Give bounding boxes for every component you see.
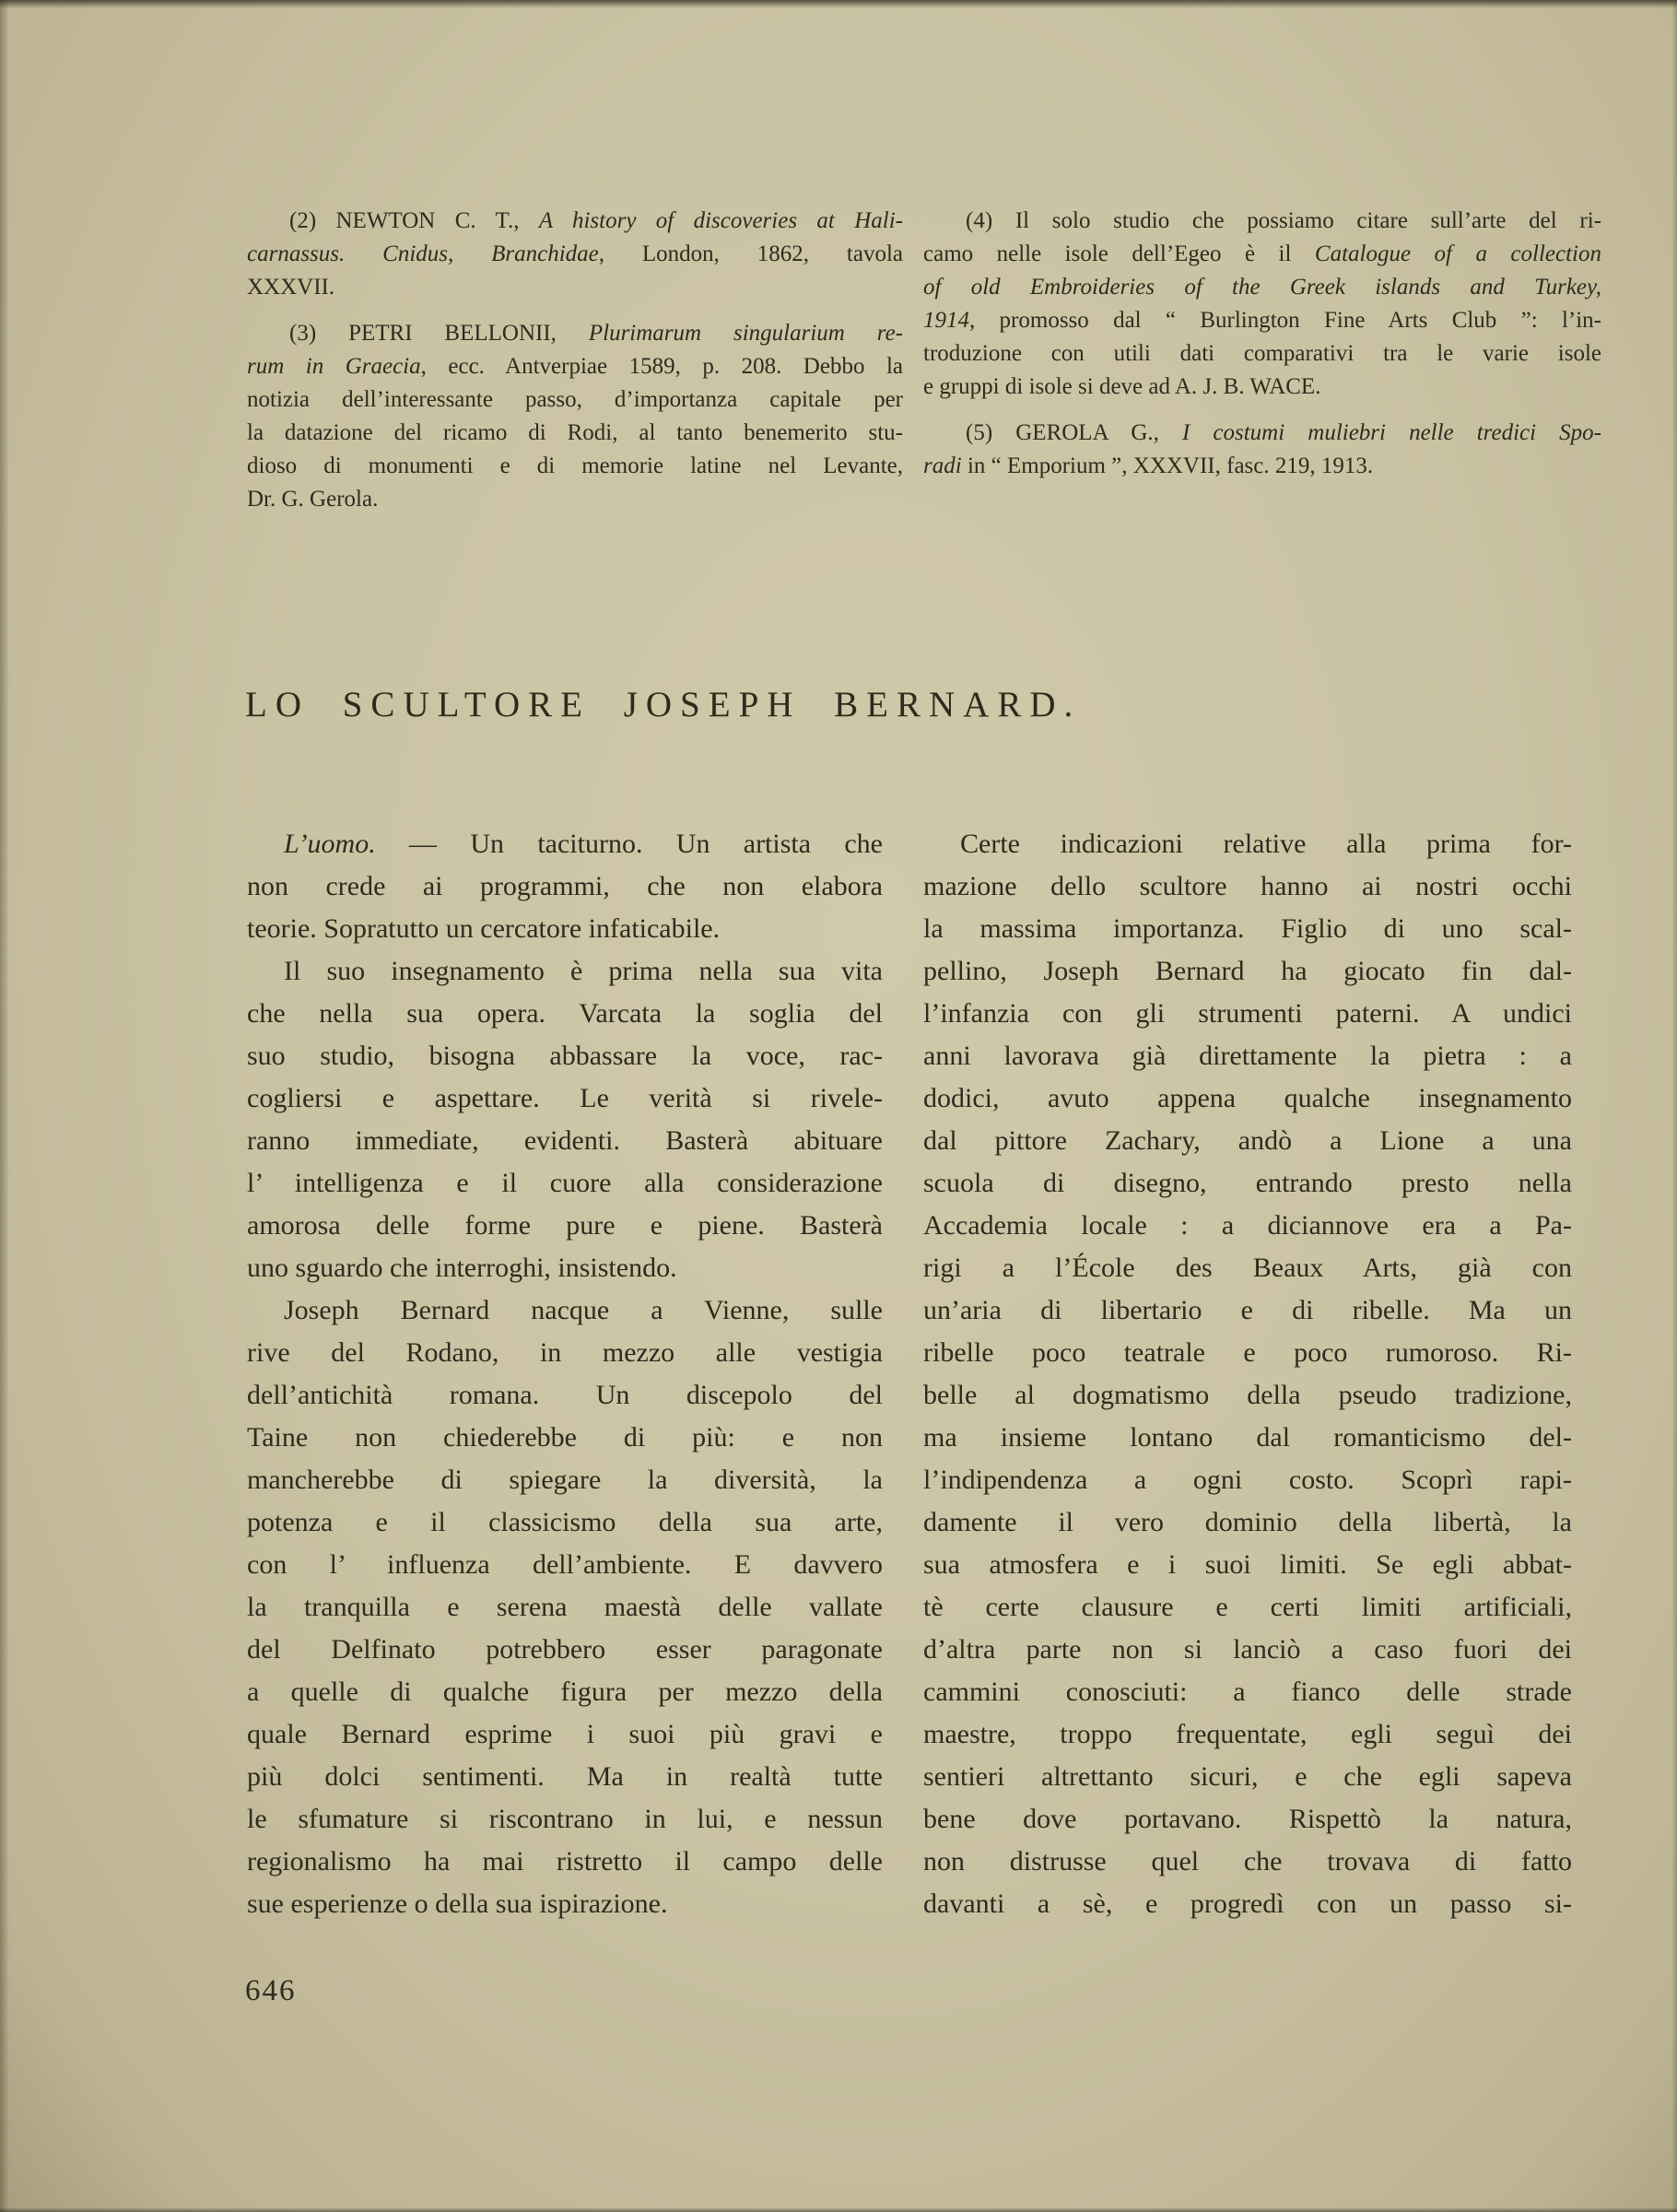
paragraph: (5) GEROLA G., I costumi muliebri nelle … (923, 417, 1601, 483)
footnotes-left-column: (2) NEWTON C. T., A history of discoveri… (247, 205, 903, 529)
text-line: of old Embroideries of the Greek islands… (923, 271, 1601, 304)
text-line: la tranquilla e serena maestà delle vall… (247, 1586, 883, 1629)
text-line: Dr. G. Gerola. (247, 483, 903, 516)
text-line: la datazione del ricamo di Rodi, al tant… (247, 417, 903, 450)
text-line: dodici, avuto appena qualche insegnament… (923, 1077, 1572, 1120)
scan-edge-shadow-right (1671, 0, 1677, 2212)
text-line: Accademia locale : a diciannove era a Pa… (923, 1205, 1572, 1247)
text-line: Taine non chiederebbe di più: e non (247, 1417, 883, 1459)
text-line: belle al dogmatismo della pseudo tradizi… (923, 1374, 1572, 1417)
text-line: Il suo insegnamento è prima nella sua vi… (247, 950, 883, 993)
text-line: davanti a sè, e progredì con un passo si… (923, 1883, 1572, 1925)
text-line: a quelle di qualche figura per mezzo del… (247, 1671, 883, 1713)
text-line: e gruppi di isole si deve ad A. J. B. WA… (923, 371, 1601, 404)
text-line: l’infanzia con gli strumenti paterni. A … (923, 993, 1572, 1035)
text-line: le sfumature si riscontrano in lui, e ne… (247, 1798, 883, 1841)
text-line: l’indipendenza a ogni costo. Scoprì rapi… (923, 1459, 1572, 1501)
text-line: la massima importanza. Figlio di uno sca… (923, 908, 1572, 950)
text-line: Certe indicazioni relative alla prima fo… (923, 823, 1572, 865)
text-line: camo nelle isole dell’Egeo è il Catalogu… (923, 238, 1601, 271)
text-line: ma insieme lontano dal romanticismo del- (923, 1417, 1572, 1459)
text-line: XXXVII. (247, 271, 903, 304)
text-line: ribelle poco teatrale e poco rumoroso. R… (923, 1332, 1572, 1374)
text-line: (3) PETRI BELLONII, Plurimarum singulari… (247, 317, 903, 350)
paragraph: Il suo insegnamento è prima nella sua vi… (247, 950, 883, 1289)
text-line: (5) GEROLA G., I costumi muliebri nelle … (923, 417, 1601, 450)
text-line: (4) Il solo studio che possiamo citare s… (923, 205, 1601, 238)
text-line: del Delfinato potrebbero esser paragonat… (247, 1629, 883, 1671)
text-line: suo studio, bisogna abbassare la voce, r… (247, 1035, 883, 1077)
text-line: sentieri altrettanto sicuri, e che egli … (923, 1756, 1572, 1798)
text-line: rigi a l’École des Beaux Arts, già con (923, 1247, 1572, 1289)
paragraph: (4) Il solo studio che possiamo citare s… (923, 205, 1601, 404)
scan-edge-shadow-left (0, 0, 9, 2212)
text-line: un’aria di libertario e di ribelle. Ma u… (923, 1289, 1572, 1332)
text-line: sua atmosfera e i suoi limiti. Se egli a… (923, 1544, 1572, 1586)
text-line: radi in “ Emporium ”, XXXVII, fasc. 219,… (923, 450, 1601, 483)
text-line: anni lavorava già direttamente la pietra… (923, 1035, 1572, 1077)
text-line: troduzione con utili dati comparativi tr… (923, 337, 1601, 371)
page-number: 646 (245, 1974, 297, 2008)
text-line: carnassus. Cnidus, Branchidae, London, 1… (247, 238, 903, 271)
text-line: dal pittore Zachary, andò a Lione a una (923, 1120, 1572, 1162)
text-line: sue esperienze o della sua ispirazione. (247, 1883, 883, 1925)
text-line: scuola di disegno, entrando presto nella (923, 1162, 1572, 1205)
text-line: uno sguardo che interroghi, insistendo. (247, 1247, 883, 1289)
text-line: mancherebbe di spiegare la diversità, la (247, 1459, 883, 1501)
scan-edge-shadow-bottom (0, 2207, 1677, 2212)
text-line: non crede ai programmi, che non elabora (247, 865, 883, 908)
text-line: bene dove portavano. Rispettò la natura, (923, 1798, 1572, 1841)
text-line: notizia dell’interessante passo, d’impor… (247, 383, 903, 417)
text-line: mazione dello scultore hanno ai nostri o… (923, 865, 1572, 908)
paragraph: (3) PETRI BELLONII, Plurimarum singulari… (247, 317, 903, 516)
text-line: potenza e il classicismo della sua arte, (247, 1501, 883, 1544)
paragraph: L’uomo. — Un taciturno. Un artista cheno… (247, 823, 883, 950)
text-line: tè certe clausure e certi limiti artific… (923, 1586, 1572, 1629)
text-line: rum in Graecia, ecc. Antverpiae 1589, p.… (247, 350, 903, 383)
text-line: teorie. Sopratutto un cercatore infatica… (247, 908, 883, 950)
body-right-column: Certe indicazioni relative alla prima fo… (923, 823, 1572, 1925)
text-line: maestre, troppo frequentate, egli seguì … (923, 1713, 1572, 1756)
text-line: non distrusse quel che trovava di fatto (923, 1841, 1572, 1883)
text-line: amorosa delle forme pure e piene. Baster… (247, 1205, 883, 1247)
body-left-column: L’uomo. — Un taciturno. Un artista cheno… (247, 823, 883, 1925)
text-line: dioso di monumenti e di memorie latine n… (247, 450, 903, 483)
text-line: Joseph Bernard nacque a Vienne, sulle (247, 1289, 883, 1332)
text-line: cogliersi e aspettare. Le verità si rive… (247, 1077, 883, 1120)
text-line: con l’ influenza dell’ambiente. E davver… (247, 1544, 883, 1586)
text-line: quale Bernard esprime i suoi più gravi e (247, 1713, 883, 1756)
text-line: ranno immediate, evidenti. Basterà abitu… (247, 1120, 883, 1162)
scanned-page: (2) NEWTON C. T., A history of discoveri… (0, 0, 1677, 2212)
text-line: che nella sua opera. Varcata la soglia d… (247, 993, 883, 1035)
text-line: d’altra parte non si lanciò a caso fuori… (923, 1629, 1572, 1671)
text-line: damente il vero dominio della libertà, l… (923, 1501, 1572, 1544)
paragraph: (2) NEWTON C. T., A history of discoveri… (247, 205, 903, 304)
footnotes-right-column: (4) Il solo studio che possiamo citare s… (923, 205, 1601, 496)
text-line: rive del Rodano, in mezzo alle vestigia (247, 1332, 883, 1374)
paragraph: Certe indicazioni relative alla prima fo… (923, 823, 1572, 1925)
text-line: 1914, promosso dal “ Burlington Fine Art… (923, 304, 1601, 337)
article-title: LO SCULTORE JOSEPH BERNARD. (245, 684, 1081, 725)
text-line: l’ intelligenza e il cuore alla consider… (247, 1162, 883, 1205)
text-line: cammini conosciuti: a fianco delle strad… (923, 1671, 1572, 1713)
text-line: pellino, Joseph Bernard ha giocato fin d… (923, 950, 1572, 993)
paragraph: Joseph Bernard nacque a Vienne, sulleriv… (247, 1289, 883, 1925)
text-line: regionalismo ha mai ristretto il campo d… (247, 1841, 883, 1883)
text-line: dell’antichità romana. Un discepolo del (247, 1374, 883, 1417)
scan-edge-shadow-top (0, 0, 1677, 8)
text-line: più dolci sentimenti. Ma in realtà tutte (247, 1756, 883, 1798)
text-line: L’uomo. — Un taciturno. Un artista che (247, 823, 883, 865)
text-line: (2) NEWTON C. T., A history of discoveri… (247, 205, 903, 238)
